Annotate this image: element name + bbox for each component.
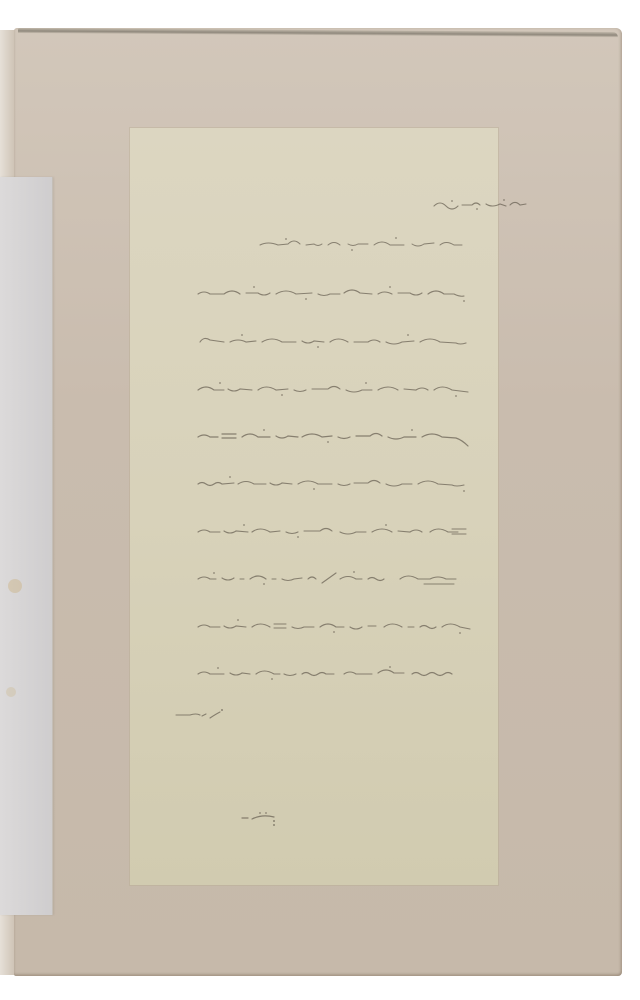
signature: [illegible signature] — [240, 808, 286, 828]
foxing-stain — [6, 687, 16, 697]
foxing-stain — [8, 579, 22, 593]
letter-line: [illegible line 2] — [194, 282, 476, 304]
letter-line: [illegible line 3] — [194, 330, 476, 352]
calligraphy-strokes — [194, 662, 476, 684]
letter-line: [illegible line 10] — [194, 662, 476, 684]
calligraphy-strokes — [256, 233, 476, 255]
letter-line: [illegible line 8] — [194, 567, 476, 589]
letter-line: [illegible line 4] — [194, 378, 476, 400]
letter-closing: [illegible closing] — [174, 706, 226, 722]
calligraphy-strokes — [194, 330, 476, 352]
calligraphy-signature-strokes — [240, 808, 286, 828]
letter-heading: [illegible heading] — [430, 196, 530, 212]
calligraphy-heading-strokes — [430, 196, 530, 212]
calligraphy-strokes — [194, 520, 476, 542]
calligraphy-closing-strokes — [174, 706, 226, 722]
letter-line: [illegible line 1] — [256, 233, 476, 255]
flyleaf-page — [0, 177, 53, 915]
letter-line: [illegible line 7] — [194, 520, 476, 542]
calligraphy-strokes — [194, 567, 476, 589]
calligraphy-strokes — [194, 472, 476, 494]
letter-line: [illegible line 9] — [194, 615, 476, 637]
calligraphy-strokes — [194, 282, 476, 304]
letter-line: [illegible line 6] — [194, 472, 476, 494]
calligraphy-strokes — [194, 425, 476, 447]
calligraphy-strokes — [194, 615, 476, 637]
letter-line: [illegible line 5] — [194, 425, 476, 447]
calligraphy-strokes — [194, 378, 476, 400]
